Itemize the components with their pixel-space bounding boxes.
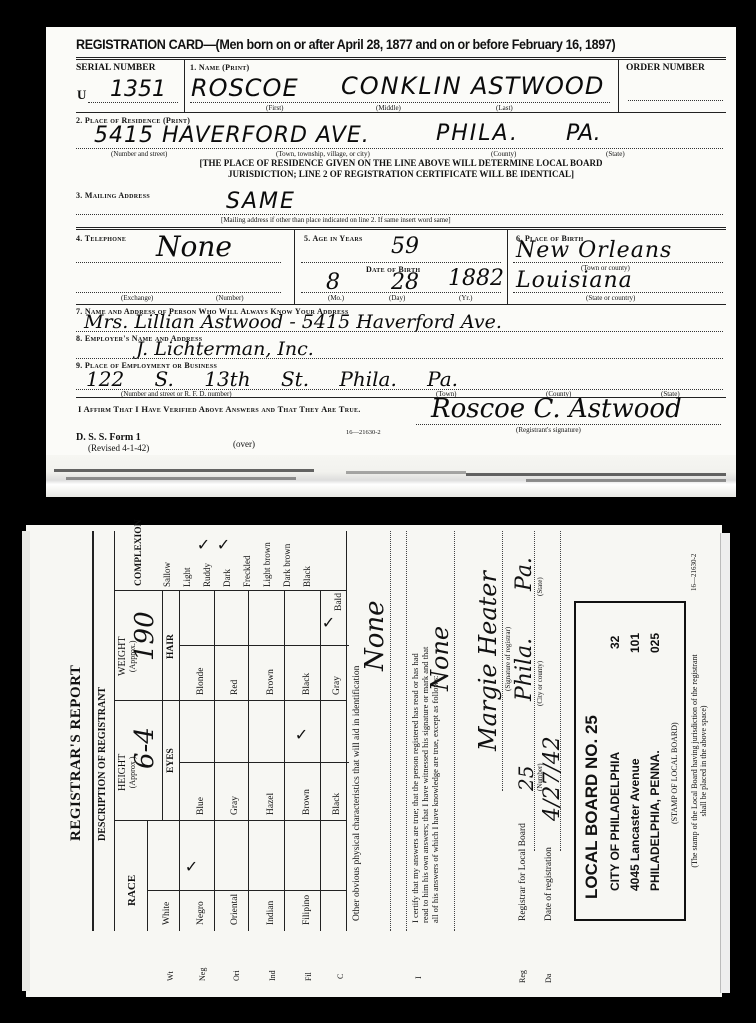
- hair-bald: Bald: [334, 593, 344, 611]
- mailing-caption: [Mailing address if other than place ind…: [221, 216, 451, 224]
- other-characteristics-value: None: [360, 600, 390, 671]
- serial-number-value: 1351: [110, 77, 166, 102]
- caption-board-city: (City or county): [536, 661, 544, 706]
- complexion-dark-checkmark: ✓: [217, 535, 230, 554]
- eyes-black: Black: [332, 793, 342, 815]
- paper-stack-edge: [46, 455, 736, 497]
- edge-fragment: Fil: [304, 972, 313, 981]
- over-note: (over): [233, 439, 255, 449]
- name-middle: CONKLIN: [341, 72, 463, 100]
- eyes-brown-checkmark: ✓: [295, 725, 308, 744]
- race-filipino: Filipino: [302, 895, 312, 925]
- stamp-line3-num: 101: [628, 633, 642, 653]
- dob-year: 1882: [448, 266, 504, 291]
- caption-yr: (Yr.): [459, 294, 472, 302]
- name-first: ROSCOE: [191, 74, 299, 102]
- stamp-line3: 4045 Lancaster Avenue: [628, 758, 642, 891]
- race-indian: Indian: [266, 901, 276, 925]
- edge-fragment: I: [414, 976, 423, 979]
- registrar-signature-caption: (Signature of registrar): [504, 627, 512, 691]
- height-value: 6-4: [130, 727, 160, 769]
- telephone-value: None: [156, 230, 232, 263]
- hair-gray-checkmark: ✓: [322, 613, 335, 632]
- complexion-dark-brown: Dark brown: [282, 544, 292, 587]
- description-subtitle: DESCRIPTION OF REGISTRANT: [97, 687, 108, 841]
- contact-person-value: Mrs. Lillian Astwood - 5415 Haverford Av…: [84, 311, 502, 333]
- caption-street: (Number and street): [111, 150, 167, 158]
- serial-prefix: U: [77, 87, 86, 103]
- signature-caption: (Registrant's signature): [516, 426, 581, 434]
- other-characteristics-label: Other obvious physical characteristics t…: [352, 666, 362, 921]
- stamp-line4: PHILADELPHIA, PENNA.: [648, 750, 662, 891]
- race-negro-checkmark: ✓: [185, 857, 198, 876]
- local-board-stamp: LOCAL BOARD NO. 25 CITY OF PHILADELPHIA …: [574, 601, 686, 921]
- telephone-label: 4. Telephone: [76, 234, 126, 243]
- mailing-address-value: SAME: [226, 189, 296, 214]
- card-title: REGISTRATION CARD—(Men born on or after …: [76, 33, 681, 57]
- complexion-freckled: Freckled: [242, 556, 252, 588]
- back-print-code: 16—21630-2: [690, 554, 698, 591]
- edge-fragment: Neg: [198, 968, 207, 981]
- residence-street: 5415 HAVERFORD AVE.: [94, 123, 370, 148]
- stamp-line2: CITY OF PHILADELPHIA: [608, 752, 622, 891]
- report-title: REGISTRAR'S REPORT: [68, 665, 85, 841]
- caption-exchange: (Exchange): [121, 294, 153, 302]
- caption-tel-number: (Number): [216, 294, 244, 302]
- caption-birth-state: (State or country): [586, 294, 635, 302]
- hair-label: HAIR: [166, 634, 176, 659]
- registration-card-back: REGISTRAR'S REPORT DESCRIPTION OF REGIST…: [26, 525, 722, 997]
- complexion-dark: Dark: [222, 569, 232, 587]
- edge-fragment: Da: [544, 974, 553, 983]
- edge-fragment: C: [336, 974, 345, 979]
- caption-first: (First): [266, 104, 284, 112]
- eyes-gray: Gray: [230, 796, 240, 815]
- row-contact-person: 7. Name and Address of Person Who Will A…: [76, 305, 726, 331]
- weight-value: 190: [130, 611, 160, 661]
- caption-board-state: (State): [536, 577, 544, 596]
- caption-mo: (Mo.): [328, 294, 344, 302]
- registrar-signature: Margie Heater: [474, 571, 502, 751]
- hair-red: Red: [230, 680, 240, 695]
- eyes-hazel: Hazel: [266, 793, 276, 815]
- registrar-report: REGISTRAR'S REPORT DESCRIPTION OF REGIST…: [34, 529, 714, 991]
- complexion-label: COMPLEXION: [134, 520, 144, 587]
- residence-town: PHILA.: [436, 121, 519, 146]
- employer-value: J. Lichterman, Inc.: [136, 338, 314, 360]
- caption-state: (State): [606, 150, 625, 158]
- eyes-blue: Blue: [196, 797, 206, 815]
- registration-date-label: Date of registration: [544, 847, 554, 921]
- name-last: ASTWOOD: [471, 72, 604, 100]
- affirmation-text: I Affirm That I Have Verified Above Answ…: [78, 404, 361, 414]
- hair-brown: Brown: [266, 669, 276, 695]
- serial-number-label: SERIAL NUMBER: [76, 63, 155, 73]
- caption-last: (Last): [496, 104, 513, 112]
- row-place-of-employment: 9. Place of Employment or Business 122 S…: [76, 359, 726, 397]
- complexion-ruddy-checkmark: ✓: [197, 535, 210, 554]
- front-form: REGISTRATION CARD—(Men born on or after …: [76, 33, 726, 458]
- eyes-label: EYES: [166, 748, 176, 773]
- caption-town: (Town, township, village, or city): [276, 150, 370, 158]
- row-telephone-age-birth: 4. Telephone None (Exchange) (Number) 5.…: [76, 230, 726, 304]
- eyes-brown: Brown: [302, 789, 312, 815]
- row-mailing-address: 3. Mailing Address SAME [Mailing address…: [76, 189, 726, 227]
- row-residence: 2. Place of Residence (Print) 5415 HAVER…: [76, 113, 726, 189]
- birthplace-town: New Orleans: [516, 238, 672, 263]
- hair-blonde: Blonde: [196, 668, 206, 695]
- mailing-address-label: 3. Mailing Address: [76, 191, 150, 200]
- order-number-label: ORDER NUMBER: [626, 63, 705, 73]
- registrar-board-label: Registrar for Local Board: [518, 823, 528, 921]
- front-print-code: 16—21630-2: [346, 429, 381, 436]
- race-oriental: Oriental: [230, 894, 240, 925]
- caption-emp-street: (Number and street or R. F. D. number): [121, 390, 232, 398]
- stamp-note: (The stamp of the Local Board having jur…: [690, 601, 708, 921]
- complexion-black: Black: [302, 566, 312, 587]
- caption-day: (Day): [389, 294, 405, 302]
- hair-black: Black: [302, 673, 312, 695]
- row-employer: 8. Employer's Name and Address J. Lichte…: [76, 332, 726, 358]
- residence-notice: [THE PLACE OF RESIDENCE GIVEN ON THE LIN…: [91, 158, 711, 180]
- registration-card-front: REGISTRATION CARD—(Men born on or after …: [46, 27, 736, 497]
- row-serial-name: SERIAL NUMBER U 1351 1. Name (Print) ROS…: [76, 60, 726, 112]
- complexion-light: Light: [182, 568, 192, 588]
- registrant-signature: Roscoe C. Astwood: [431, 394, 682, 424]
- race-label: RACE: [126, 875, 138, 906]
- age-value: 59: [391, 234, 419, 259]
- caption-county: (County): [491, 150, 516, 158]
- stamp-line1: LOCAL BOARD NO. 25: [582, 715, 602, 899]
- edge-fragment: Wt: [166, 971, 175, 981]
- stamp-line2-num: 32: [608, 636, 622, 649]
- race-negro: Negro: [196, 901, 206, 925]
- complexion-ruddy: Ruddy: [202, 563, 212, 587]
- form-id: D. S. S. Form 1: [76, 432, 141, 443]
- birthplace-state: Louisiana: [516, 268, 633, 293]
- edge-fragment: Ind: [268, 970, 277, 981]
- name-label: 1. Name (Print): [190, 63, 250, 72]
- caption-middle: (Middle): [376, 104, 401, 112]
- stamp-caption: (STAMP OF LOCAL BOARD): [670, 722, 679, 824]
- row-affirmation: I Affirm That I Have Verified Above Answ…: [76, 398, 726, 458]
- race-white: White: [162, 902, 172, 925]
- edge-fragment: Ori: [232, 970, 241, 981]
- registration-date-value: 4/27/42: [540, 736, 565, 821]
- hair-gray: Gray: [332, 676, 342, 695]
- form-revised: (Revised 4-1-42): [88, 443, 149, 453]
- employment-place-value: 122 S. 13th St. Phila. Pa.: [86, 367, 458, 391]
- residence-state: PA.: [566, 121, 601, 146]
- age-label: 5. Age in Years: [304, 234, 363, 243]
- certification-exception-value: None: [426, 626, 454, 691]
- complexion-sallow: Sallow: [162, 562, 172, 587]
- edge-fragment: Reg: [518, 970, 527, 983]
- stamp-line4-num: 025: [648, 633, 662, 653]
- complexion-light-brown: Light brown: [262, 542, 272, 587]
